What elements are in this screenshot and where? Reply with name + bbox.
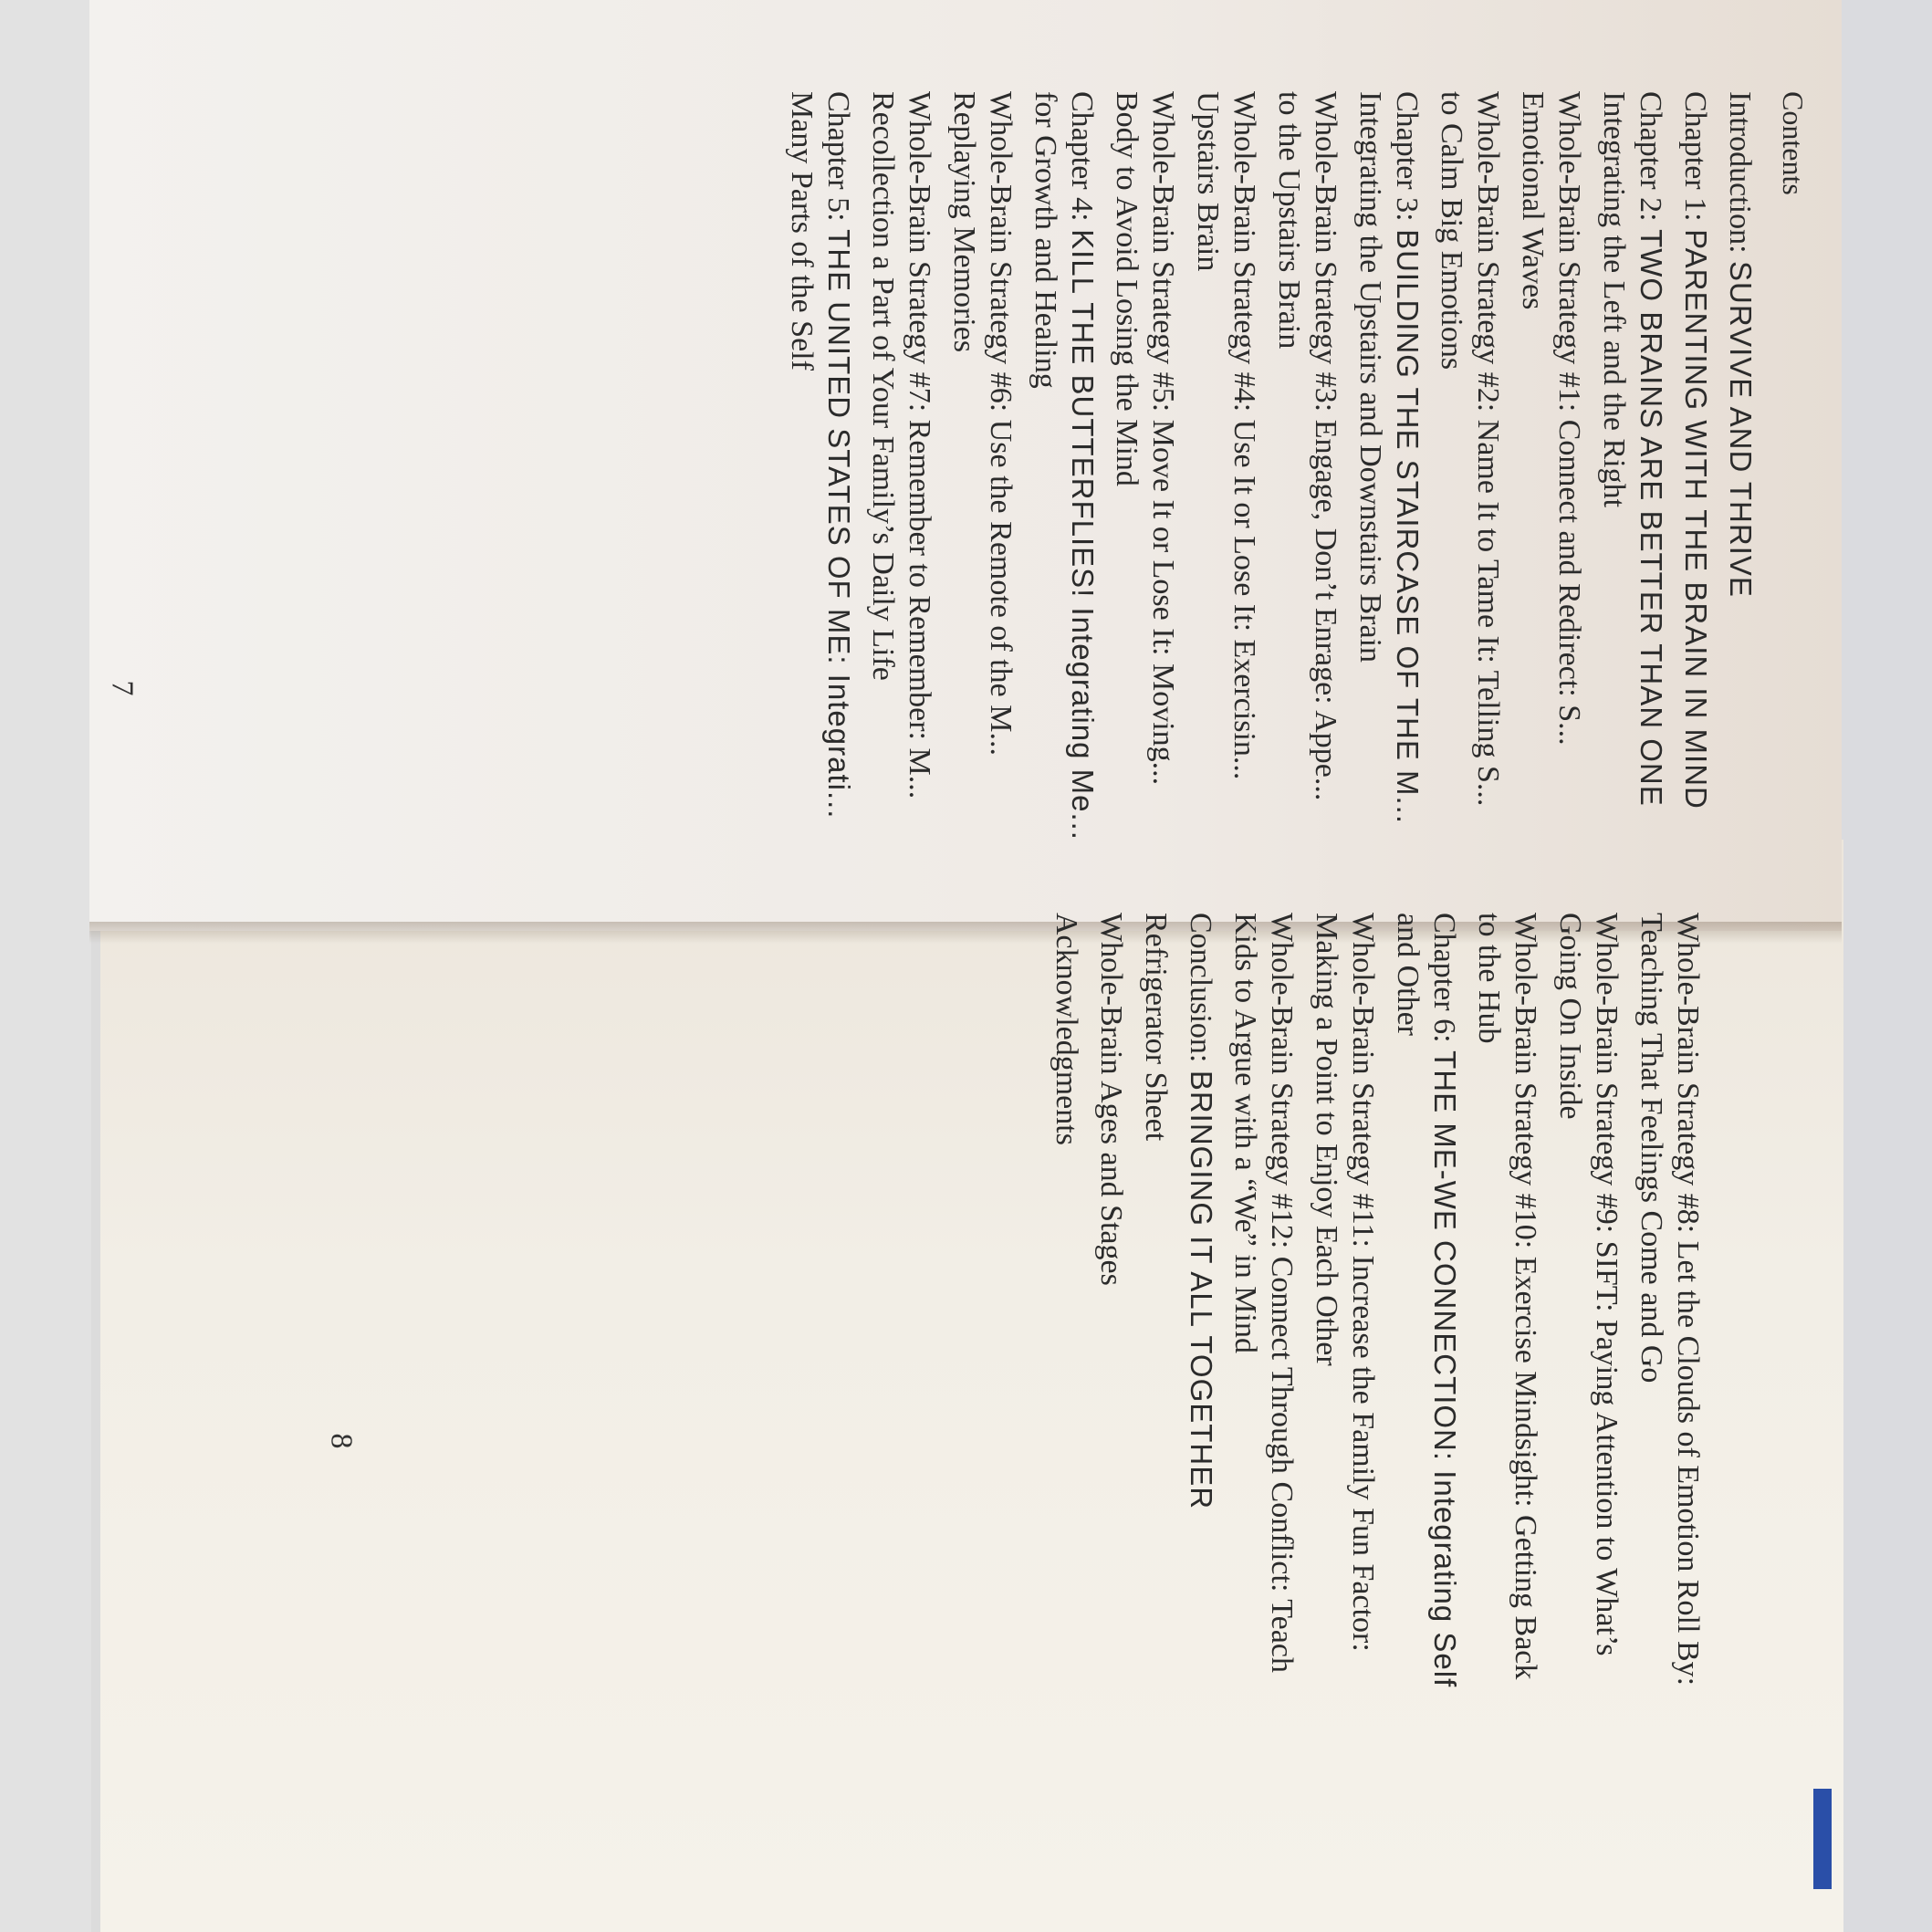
toc-entry: Chapter 4: KILL THE BUTTERFLIES! Integra… — [1027, 91, 1101, 913]
toc-entry: Acknowledgments — [1048, 913, 1085, 1734]
toc-entry: Conclusion: BRINGING IT ALL TOGETHER — [1182, 913, 1219, 1734]
toc-entry: Whole-Brain Strategy #3: Engage, Don’t E… — [1270, 91, 1344, 913]
background-surface-left — [0, 0, 91, 1932]
toc-entry: Whole-Brain Strategy #6: Use the Remote … — [945, 91, 1019, 913]
page-number-8: 8 — [324, 1434, 359, 1449]
contents-heading: Contents — [1775, 91, 1812, 913]
toc-entry: Whole-Brain Strategy #12: Connect Throug… — [1227, 913, 1300, 1734]
toc-entry: Whole-Brain Ages and Stages — [1092, 913, 1130, 1734]
toc-entry: Whole-Brain Strategy #7: Remember to Rem… — [864, 91, 938, 913]
toc-entry: Whole-Brain Strategy #8: Let the Clouds … — [1633, 913, 1707, 1734]
toc-entry: Whole-Brain Strategy #4: Use It or Lose … — [1189, 91, 1263, 913]
toc-entry: Whole-Brain Strategy #11: Increase the F… — [1308, 913, 1382, 1734]
toc-entry: Whole-Brain Strategy #9: SIFT: Paying At… — [1551, 913, 1625, 1734]
toc-entry: Chapter 5: THE UNITED STATES OF ME: Inte… — [783, 91, 857, 913]
toc-entry: Whole-Brain Strategy #1: Connect and Red… — [1514, 91, 1588, 913]
contents-list-page-8: Whole-Brain Strategy #8: Let the Clouds … — [1040, 913, 1707, 1734]
contents-list-page-7: Contents Introduction: SURVIVE AND THRIV… — [776, 91, 1812, 913]
toc-entry: Whole-Brain Strategy #10: Exercise Minds… — [1470, 913, 1544, 1734]
toc-entry: Chapter 6: THE ME-WE CONNECTION: Integra… — [1389, 913, 1463, 1734]
toc-entry: Whole-Brain Strategy #5: Move It or Lose… — [1108, 91, 1182, 913]
blue-bookmark-tab — [1813, 1789, 1832, 1889]
toc-entry: Chapter 1: PARENTING WITH THE BRAIN IN M… — [1676, 91, 1714, 913]
page-number-7: 7 — [105, 681, 140, 696]
toc-entry: Introduction: SURVIVE AND THRIVE — [1721, 91, 1759, 913]
background-surface-right — [1841, 0, 1932, 1932]
toc-entry: Whole-Brain Strategy #2: Name It to Tame… — [1433, 91, 1507, 913]
toc-entry: Refrigerator Sheet — [1137, 913, 1175, 1734]
toc-entry: Chapter 2: TWO BRAINS ARE BETTER THAN ON… — [1595, 91, 1669, 913]
toc-entry: Chapter 3: BUILDING THE STAIRCASE OF THE… — [1352, 91, 1426, 913]
